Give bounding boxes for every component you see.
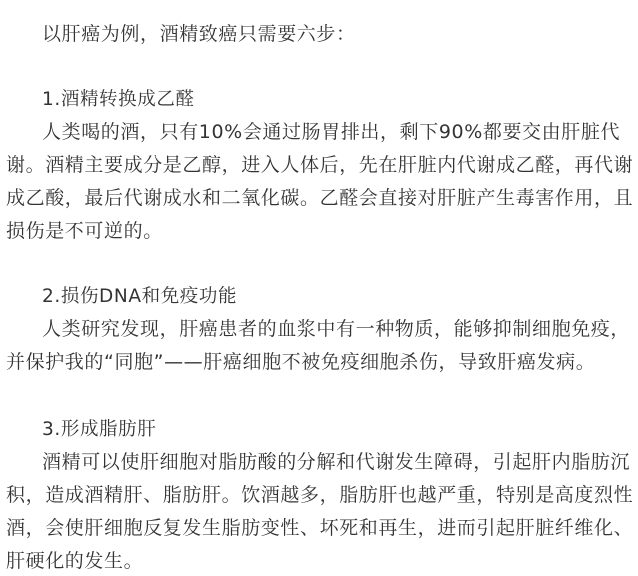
- paragraph-line: 人类喝的酒，只有10%会通过肠胃排出，剩下90%都要交由肝脏代: [42, 120, 638, 144]
- paragraph-line: 损伤是不可逆的。: [6, 219, 634, 243]
- section-heading: 3.形成脂肪肝: [42, 418, 638, 442]
- paragraph-line: 酒，会使肝细胞反复发生脂肪变性、坏死和再生，进而引起肝脏纤维化、: [6, 516, 634, 540]
- paragraph-line: 人类研究发现，肝癌患者的血浆中有一种物质，能够抑制细胞免疫，: [42, 317, 638, 341]
- paragraph-line: 积，造成酒精肝、脂肪肝。饮酒越多，脂肪肝也越严重，特别是高度烈性: [6, 483, 634, 507]
- paragraph-line: 肝硬化的发生。: [6, 549, 634, 573]
- paragraph-line: 谢。酒精主要成分是乙醇，进入人体后，先在肝脏内代谢成乙醛，再代谢: [6, 153, 634, 177]
- intro-text: 以肝癌为例，酒精致癌只需要六步：: [42, 22, 638, 46]
- paragraph-line: 酒精可以使肝细胞对脂肪酸的分解和代谢发生障碍，引起肝内脂肪沉: [42, 450, 638, 474]
- section-heading: 2.损伤DNA和免疫功能: [42, 285, 638, 309]
- paragraph-line: 并保护我的“同胞”——肝癌细胞不被免疫细胞杀伤，导致肝癌发病。: [6, 350, 634, 374]
- section-heading: 1.酒精转换成乙醛: [42, 88, 638, 112]
- paragraph-line: 成乙酸，最后代谢成水和二氧化碳。乙醛会直接对肝脏产生毒害作用，且: [6, 186, 634, 210]
